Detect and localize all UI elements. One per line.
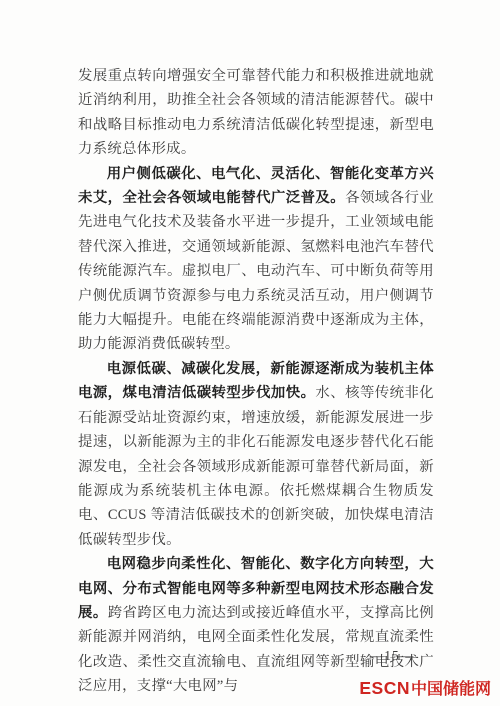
text-segment: 水、核等传统非化石能源受站址资源约束，增速放缓，新能源发展进一步提速，以新能源为… bbox=[78, 385, 434, 547]
text-segment: 各领域各行业先进电气化技术及装备水平进一步提升，工业领域电能替代深入推进，交通领… bbox=[78, 190, 434, 352]
escn-logo: ESCN中国储能网 bbox=[359, 680, 491, 698]
document-page: 发展重点转向增强安全可靠替代能力和积极推进就地就近消纳利用，助推全社会各领域的清… bbox=[0, 0, 500, 706]
logo-latin-text: ESCN bbox=[359, 678, 410, 698]
page-number: —15— bbox=[352, 648, 432, 664]
paragraph: 电源低碳、减碳化发展，新能源逐渐成为装机主体电源，煤电清洁低碳转型步伐加快。水、… bbox=[78, 357, 434, 552]
paragraph: 用户侧低碳化、电气化、灵活化、智能化变革方兴未艾，全社会各领域电能替代广泛普及。… bbox=[78, 162, 434, 357]
paragraph: 发展重点转向增强安全可靠替代能力和积极推进就地就近消纳利用，助推全社会各领域的清… bbox=[78, 64, 434, 162]
body-text: 发展重点转向增强安全可靠替代能力和积极推进就地就近消纳利用，助推全社会各领域的清… bbox=[78, 64, 434, 699]
logo-chinese-text: 中国储能网 bbox=[411, 681, 491, 698]
paragraph: 电网稳步向柔性化、智能化、数字化方向转型，大电网、分布式智能电网等多种新型电网技… bbox=[78, 552, 434, 698]
text-segment: 发展重点转向增强安全可靠替代能力和积极推进就地就近消纳利用，助推全社会各领域的清… bbox=[78, 68, 434, 157]
